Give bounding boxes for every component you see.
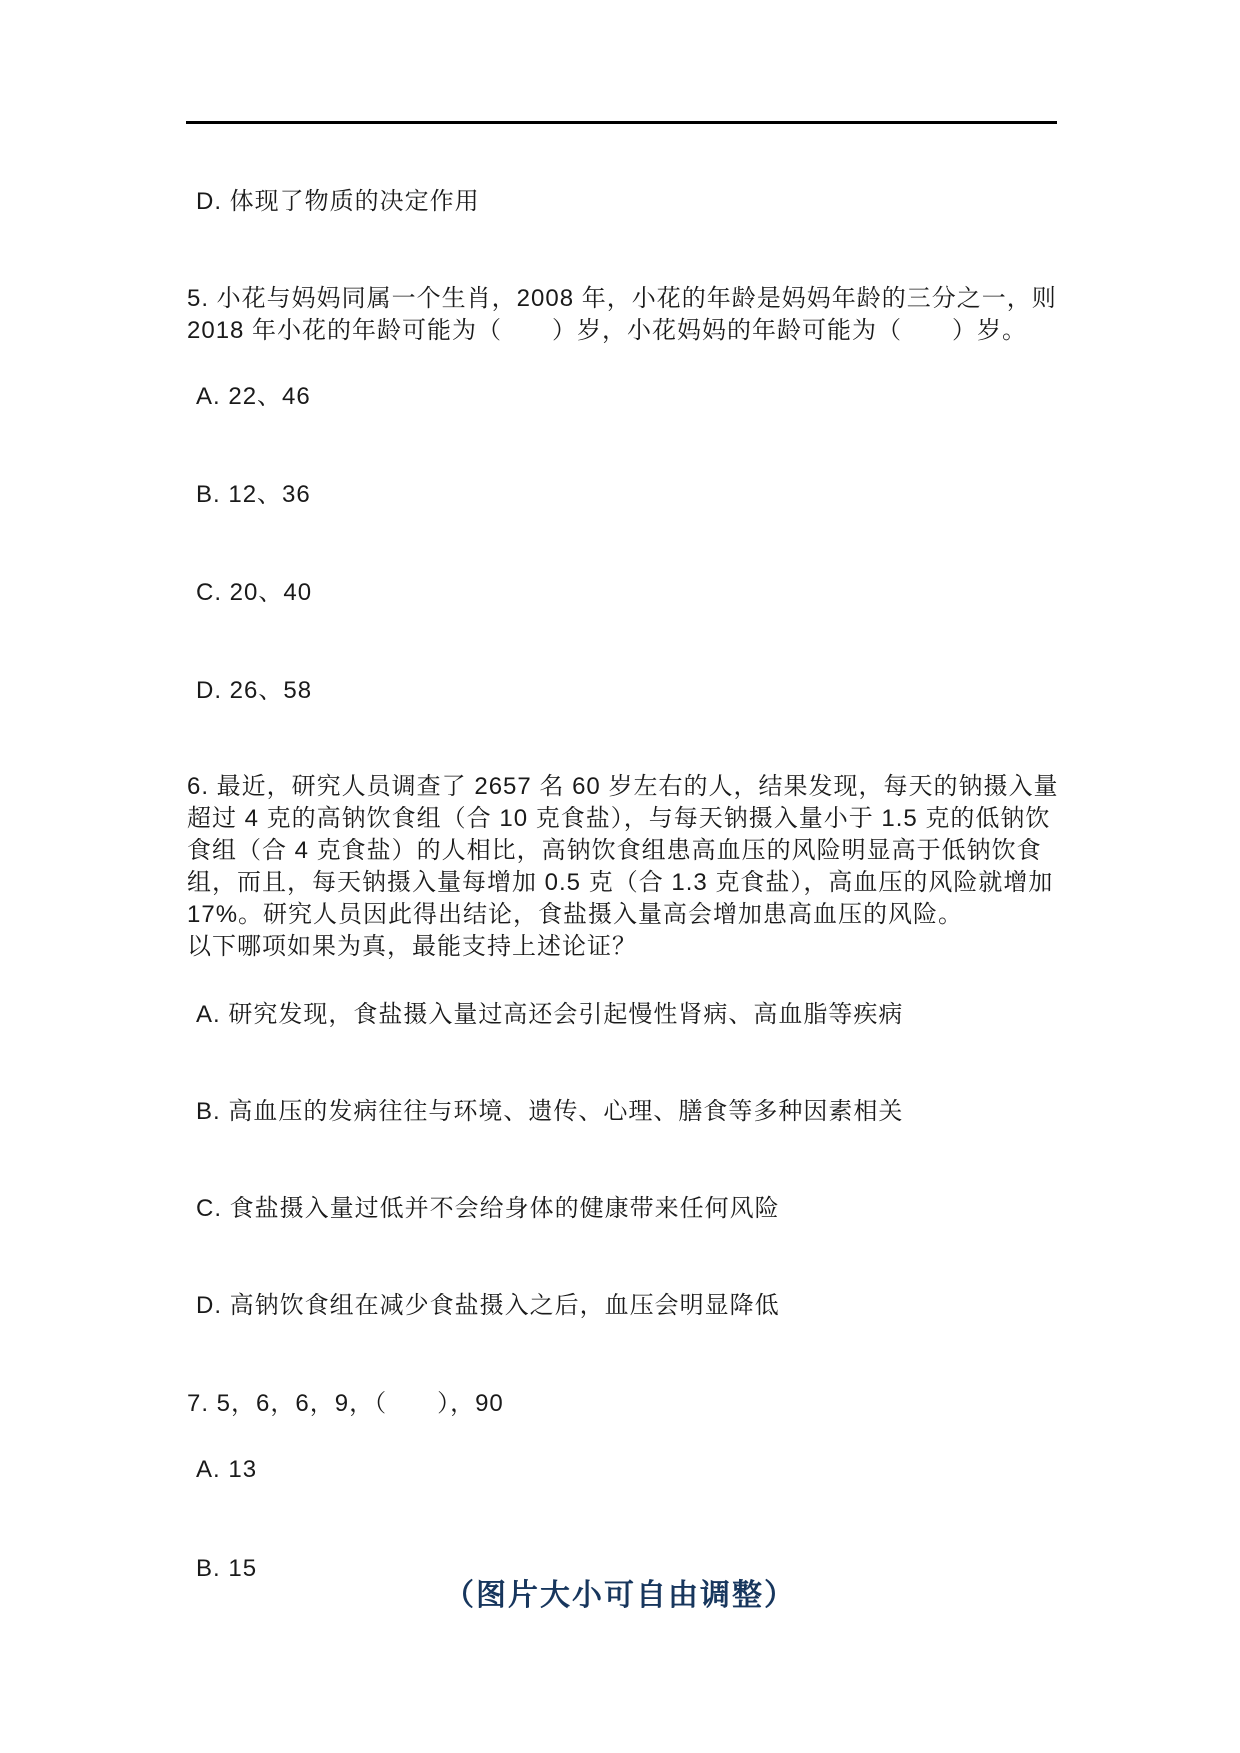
question-5-text: 5. 小花与妈妈同属一个生肖，2008 年，小花的年龄是妈妈年龄的三分之一，则 … <box>187 283 1087 347</box>
option-q6-a: A. 研究发现，食盐摄入量过高还会引起慢性肾病、高血脂等疾病 <box>196 999 1096 1031</box>
top-divider-line <box>186 121 1057 124</box>
option-q4-d: D. 体现了物质的决定作用 <box>196 186 1096 218</box>
option-q5-b: B. 12、36 <box>196 479 1096 511</box>
question-7-text: 7. 5，6，6，9，（ ），90 <box>187 1388 1087 1420</box>
option-q6-d: D. 高钠饮食组在减少食盐摄入之后，血压会明显降低 <box>196 1290 1096 1322</box>
option-q5-c: C. 20、40 <box>196 577 1096 609</box>
document-page: D. 体现了物质的决定作用 5. 小花与妈妈同属一个生肖，2008 年，小花的年… <box>0 0 1240 1753</box>
option-q6-c: C. 食盐摄入量过低并不会给身体的健康带来任何风险 <box>196 1193 1096 1225</box>
option-q5-a: A. 22、46 <box>196 381 1096 413</box>
option-q5-d: D. 26、58 <box>196 675 1096 707</box>
option-q7-a: A. 13 <box>196 1454 1096 1486</box>
question-6-text: 6. 最近，研究人员调查了 2657 名 60 岁左右的人，结果发现，每天的钠摄… <box>187 771 1087 963</box>
option-q6-b: B. 高血压的发病往往与环境、遗传、心理、膳食等多种因素相关 <box>196 1096 1096 1128</box>
image-resize-hint-note: （图片大小可自由调整） <box>0 1577 1240 1615</box>
